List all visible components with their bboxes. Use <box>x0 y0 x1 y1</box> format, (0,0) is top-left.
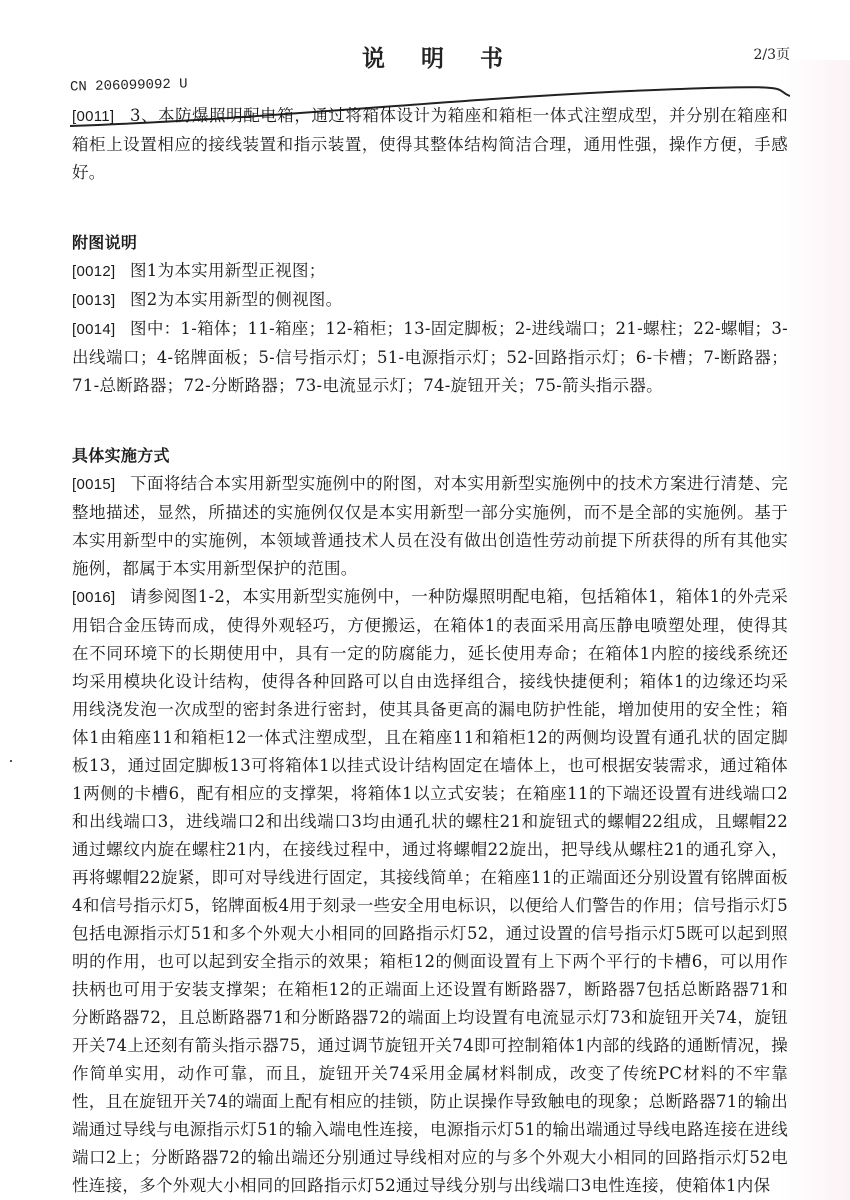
scan-speck <box>10 760 12 762</box>
paragraph-text: 图2为本实用新型的侧视图。 <box>130 290 342 309</box>
section-heading-embodiment: 具体实施方式 <box>72 442 788 470</box>
paragraph-text: 下面将结合本实用新型实施例中的附图，对本实用新型实施例中的技术方案进行清楚、完整… <box>72 474 788 578</box>
paragraph-text: 请参阅图1-2，本实用新型实施例中，一种防爆照明配电箱，包括箱体1，箱体1的外壳… <box>72 587 788 1195</box>
paragraph-0012: [0012]图1为本实用新型正视图； <box>72 257 788 286</box>
paragraph-0016: [0016]请参阅图1-2，本实用新型实施例中，一种防爆照明配电箱，包括箱体1，… <box>72 583 788 1200</box>
spacer <box>72 187 788 229</box>
paragraph-number: [0016] <box>72 584 130 612</box>
paragraph-number: [0011] <box>72 103 130 131</box>
paragraph-number: [0013] <box>72 287 130 315</box>
patent-page: 说 明 书 2/3页 CN 206099092 U [0011]3、本防爆照明配… <box>0 0 850 1200</box>
paragraph-text: 图中：1-箱体；11-箱座；12-箱柜；13-固定脚板；2-进线端口；21-螺柱… <box>72 319 788 395</box>
paragraph-0014: [0014]图中：1-箱体；11-箱座；12-箱柜；13-固定脚板；2-进线端口… <box>72 315 788 400</box>
paragraph-number: [0015] <box>72 471 130 499</box>
paragraph-text: 图1为本实用新型正视图； <box>130 261 326 280</box>
section-heading-figures: 附图说明 <box>72 229 788 257</box>
paragraph-text: 3、本防爆照明配电箱，通过将箱体设计为箱座和箱柜一体式注塑成型，并分别在箱座和箱… <box>72 106 788 182</box>
page-header: 说 明 书 2/3页 CN 206099092 U <box>70 28 790 98</box>
paragraph-0015: [0015]下面将结合本实用新型实施例中的附图，对本实用新型实施例中的技术方案进… <box>72 470 788 583</box>
scan-edge-tint <box>780 60 850 1200</box>
paragraph-number: [0014] <box>72 316 130 344</box>
specification-body: [0011]3、本防爆照明配电箱，通过将箱体设计为箱座和箱柜一体式注塑成型，并分… <box>72 102 788 1200</box>
spacer <box>72 400 788 442</box>
patent-number: CN 206099092 U <box>70 76 188 95</box>
paragraph-0013: [0013]图2为本实用新型的侧视图。 <box>72 286 788 315</box>
paragraph-0011: [0011]3、本防爆照明配电箱，通过将箱体设计为箱座和箱柜一体式注塑成型，并分… <box>72 102 788 187</box>
paragraph-number: [0012] <box>72 258 130 286</box>
page-number: 2/3页 <box>753 44 790 64</box>
